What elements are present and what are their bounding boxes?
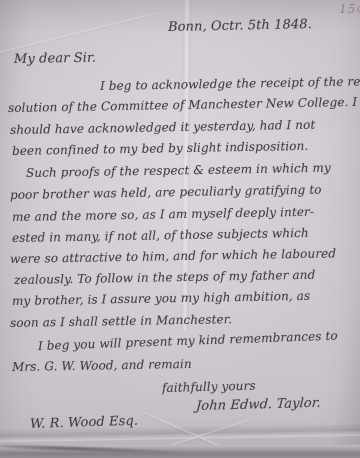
letter-line: been confined to my bed by slight indisp… [12, 139, 309, 158]
letter-line: ested in many, if not all, of those subj… [12, 226, 309, 245]
salutation: My dear Sir. [14, 51, 96, 67]
letter-line: me and the more so, as I am myself deepl… [12, 205, 314, 224]
letter-line: were so attractive to him, and for which… [10, 246, 336, 266]
letter-line: my brother, is I assure you my high ambi… [12, 289, 310, 308]
letter-line: Mrs. G. W. Wood, and remain [12, 357, 192, 374]
letter-scan: 154 Bonn, Octr. 5th 1848. My dear Sir. I… [0, 0, 360, 458]
closing-line: faithfully yours [162, 379, 256, 395]
signature: John Edwd. Taylor. [195, 396, 321, 414]
letter-line: I beg you will present my kind remembran… [38, 329, 338, 353]
letter-line: zealously. To follow in the steps of my … [14, 268, 316, 287]
folio-page-number: 154 [339, 2, 360, 16]
letter-line: poor brother was held, are peculiarly gr… [10, 183, 322, 202]
letter-line: I beg to acknowledge the receipt of the … [100, 74, 360, 93]
date-line: Bonn, Octr. 5th 1848. [168, 17, 312, 35]
letter-line: should have acknowledged it yesterday, h… [10, 118, 316, 137]
letter-line: Such proofs of the respect & esteem in w… [26, 161, 331, 180]
letter-line: soon as I shall settle in Manchester. [10, 312, 232, 330]
